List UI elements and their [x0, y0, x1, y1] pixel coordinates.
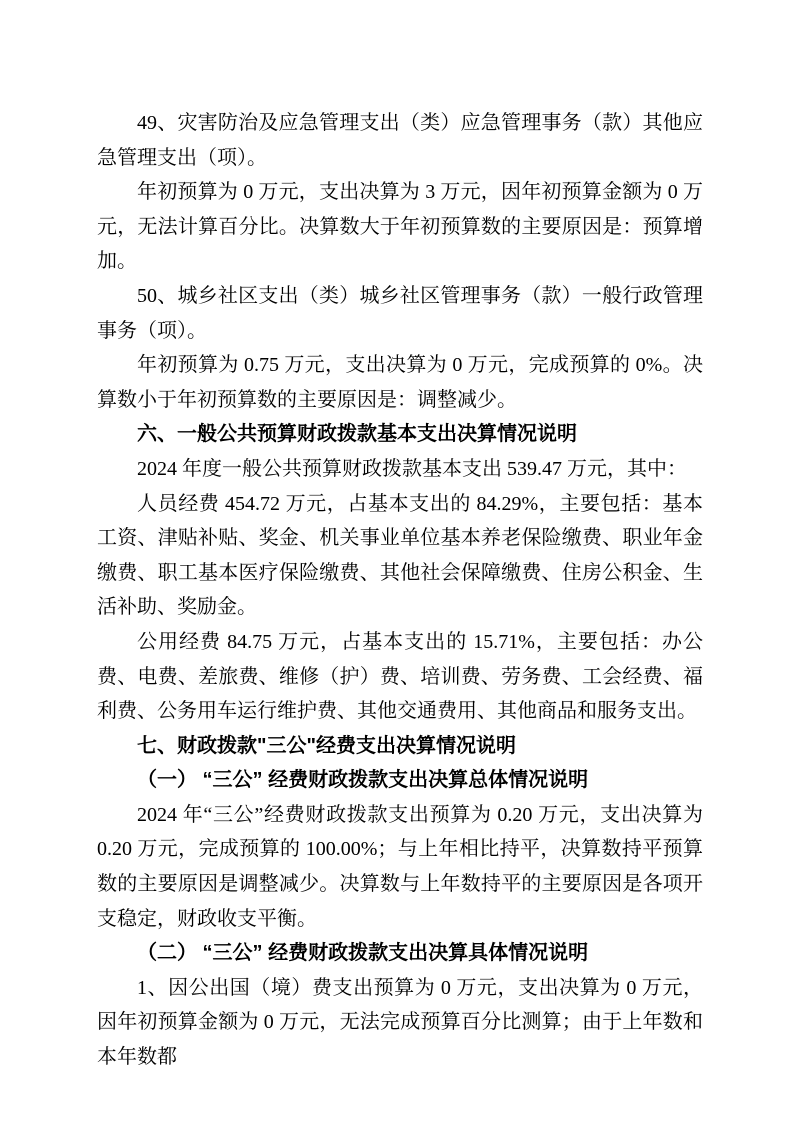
paragraph: 50、城乡社区支出（类）城乡社区管理事务（款）一般行政管理事务（项）。 [97, 279, 703, 348]
section-heading: 六、一般公共预算财政拨款基本支出决算情况说明 [97, 417, 703, 452]
document-page: 49、灾害防治及应急管理支出（类）应急管理事务（款）其他应急管理支出（项）。年初… [0, 0, 793, 1122]
section-heading: （二） “三公” 经费财政拨款支出决算具体情况说明 [97, 936, 703, 971]
section-heading: 七、财政拨款"三公"经费支出决算情况说明 [97, 729, 703, 764]
paragraph: 2024 年度一般公共预算财政拨款基本支出 539.47 万元，其中： [97, 452, 703, 487]
paragraph: 2024 年“三公”经费财政拨款支出预算为 0.20 万元，支出决算为 0.20… [97, 798, 703, 936]
section-heading: （一） “三公” 经费财政拨款支出决算总体情况说明 [97, 763, 703, 798]
paragraph: 49、灾害防治及应急管理支出（类）应急管理事务（款）其他应急管理支出（项）。 [97, 106, 703, 175]
paragraph: 人员经费 454.72 万元，占基本支出的 84.29%，主要包括：基本工资、津… [97, 487, 703, 625]
paragraph: 公用经费 84.75 万元，占基本支出的 15.71%，主要包括：办公费、电费、… [97, 625, 703, 729]
paragraph: 1、因公出国（境）费支出预算为 0 万元，支出决算为 0 万元，因年初预算金额为… [97, 971, 703, 1075]
paragraph: 年初预算为 0 万元，支出决算为 3 万元，因年初预算金额为 0 万元，无法计算… [97, 175, 703, 279]
document-body: 49、灾害防治及应急管理支出（类）应急管理事务（款）其他应急管理支出（项）。年初… [97, 106, 703, 1075]
paragraph: 年初预算为 0.75 万元，支出决算为 0 万元，完成预算的 0%。决算数小于年… [97, 348, 703, 417]
